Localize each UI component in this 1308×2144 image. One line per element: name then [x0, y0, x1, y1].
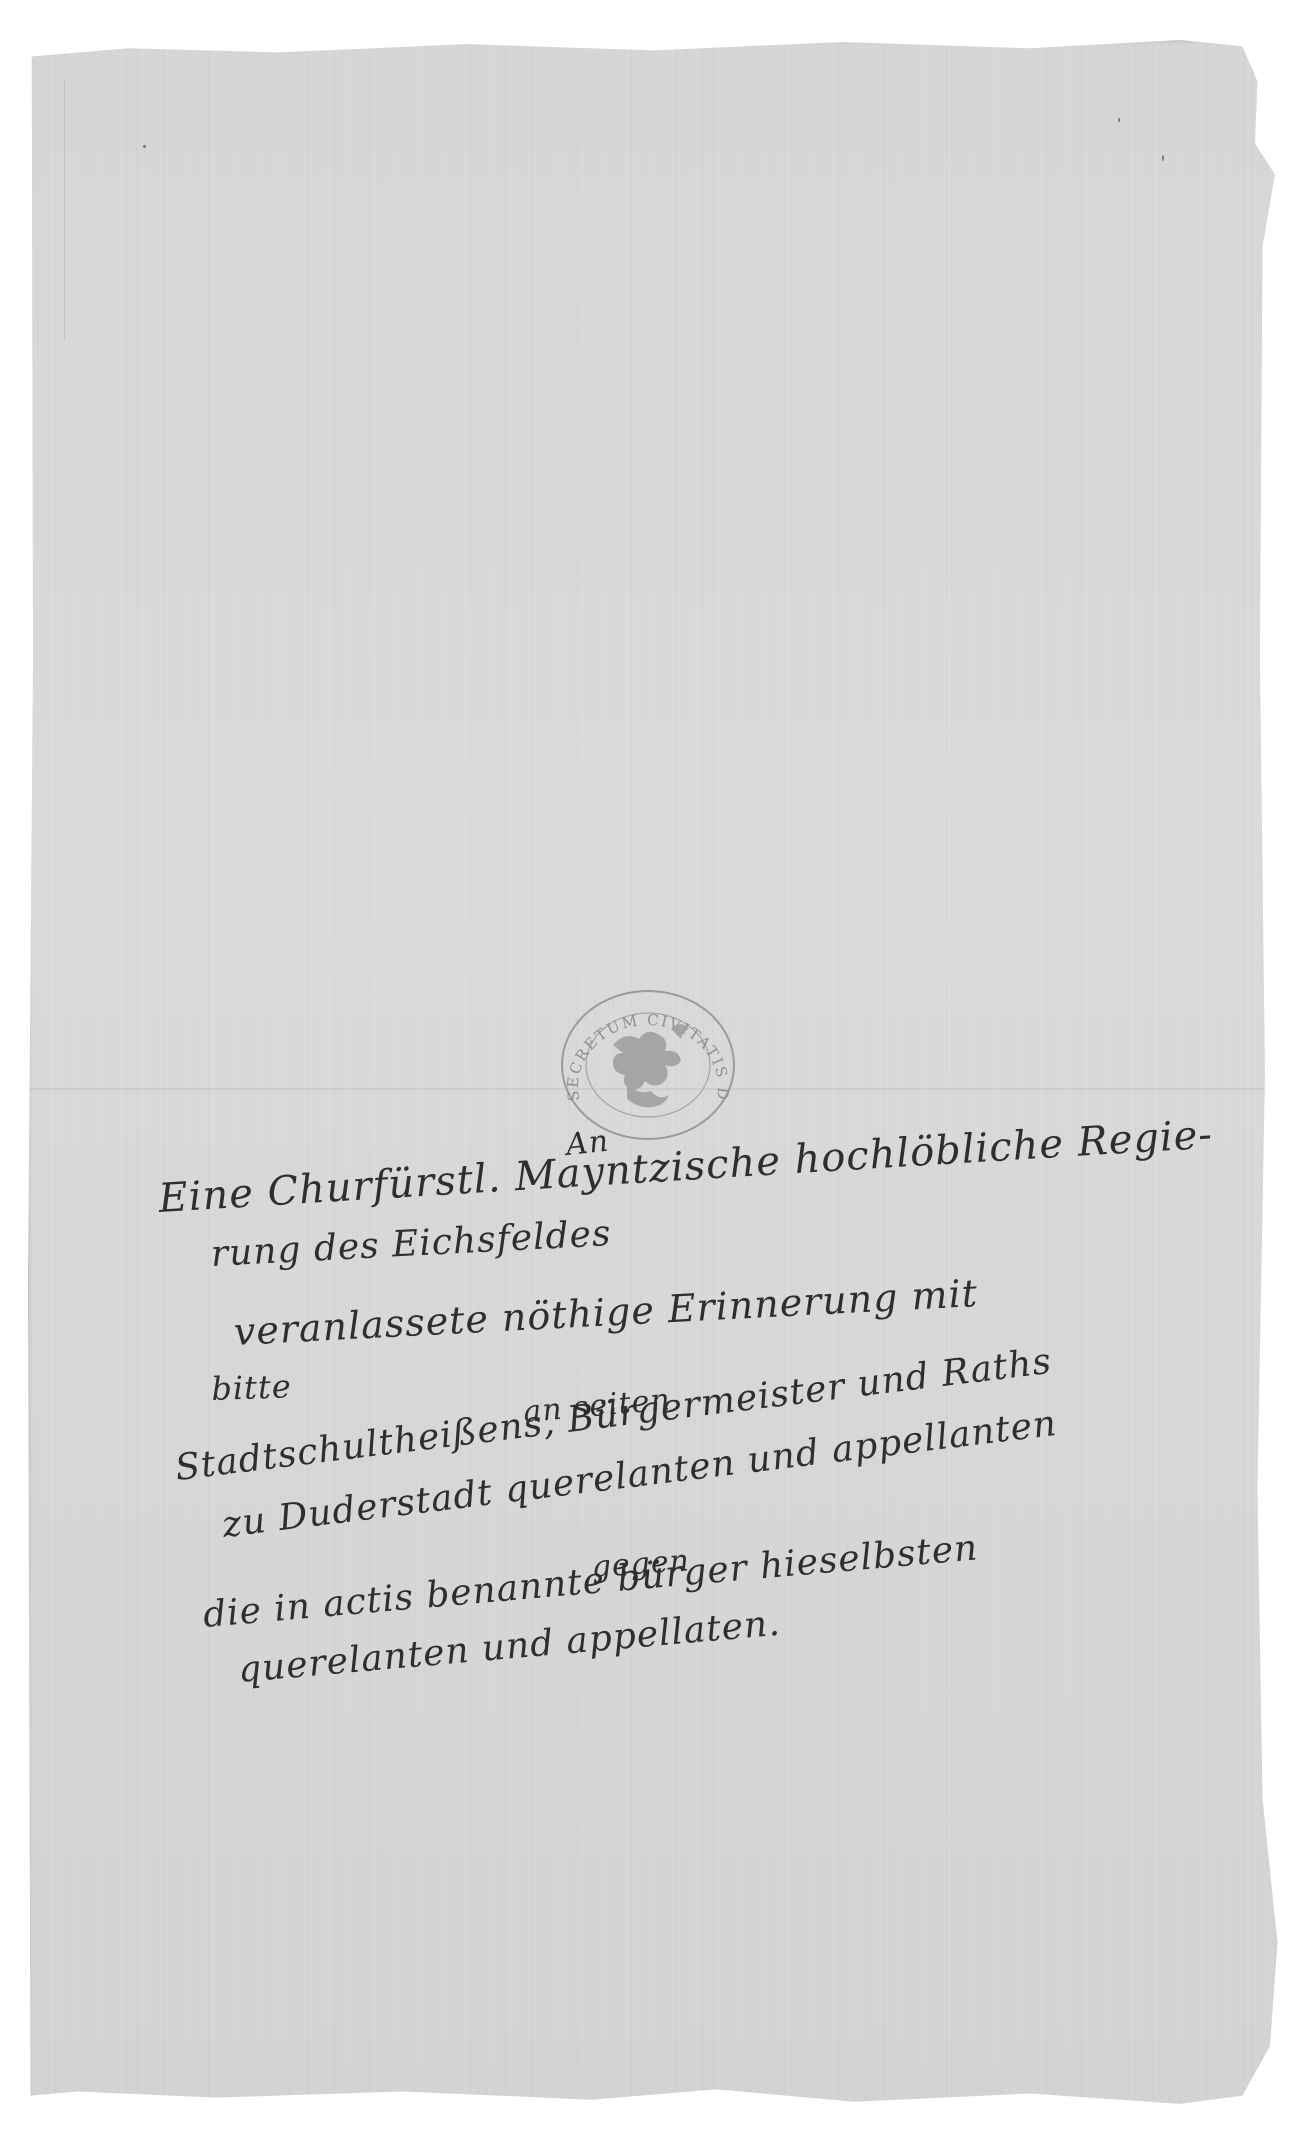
- city-seal-stamp: SECRETUM CIVITATIS DUDERSTADIENSIS: [553, 985, 743, 1145]
- seal-icon: SECRETUM CIVITATIS DUDERSTADIENSIS: [553, 985, 743, 1145]
- paper-speck: [143, 145, 146, 148]
- handwriting-line: bitte: [211, 1367, 293, 1408]
- paper-speck: [1118, 118, 1120, 122]
- margin-crease: [64, 80, 65, 340]
- paper-speck: [1162, 155, 1164, 161]
